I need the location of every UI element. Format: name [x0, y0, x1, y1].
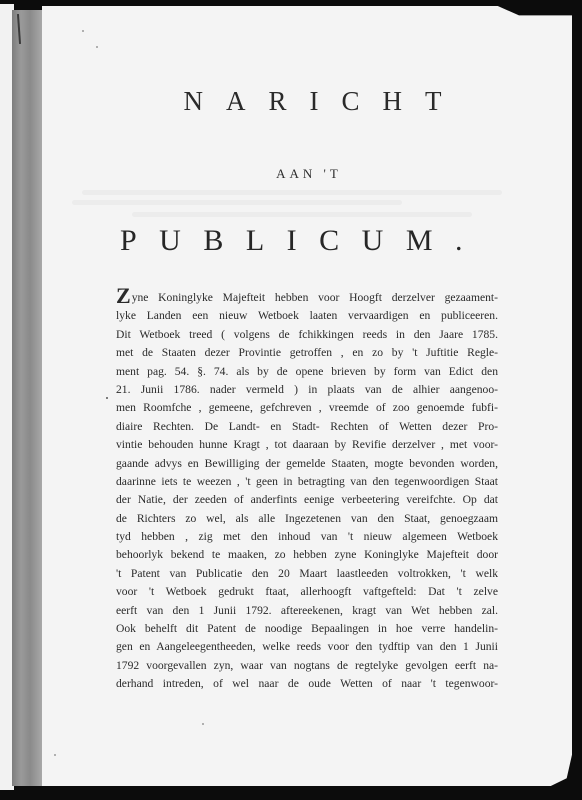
text-line: Zyne Koninglyke Majefteit hebben voor Ho…: [116, 289, 498, 307]
text-line: behoorlyk bekend te maaken, zo hebben zy…: [116, 546, 498, 564]
text-line: tyd hebben , zig met den inhoud van 't n…: [116, 528, 498, 546]
show-through-mark: [82, 190, 502, 195]
text-line-content: yne Koninglyke Majefteit hebben voor Hoo…: [132, 291, 498, 304]
title-aan-t: AAN 'T: [42, 166, 572, 182]
paper-speck: [54, 754, 56, 756]
text-line: 21. Junii 1786. nader vermeld ) in plaat…: [116, 381, 498, 399]
show-through-mark: [72, 200, 402, 205]
scanned-page-view: NARICHT AAN 'T PUBLICUM. Zyne Koninglyke…: [0, 0, 582, 800]
text-line: derhand intreden, of wel naar de oude We…: [116, 675, 498, 693]
text-line: voor 't Wetboek gedrukt ftaat, allerhoog…: [116, 583, 498, 601]
page-content: NARICHT AAN 'T PUBLICUM. Zyne Koninglyke…: [42, 6, 572, 786]
text-line: diaire Rechten. De Landt- en Stadt- Rech…: [116, 418, 498, 436]
title-publicum: PUBLICUM.: [120, 224, 500, 258]
text-line: daarinne iets te weezen , 't geen in bet…: [116, 473, 498, 491]
text-line: 1792 voorgevallen zyn, waar van nogtans …: [116, 657, 498, 675]
text-line: gen en Aangeleegentheeden, welke reeds v…: [116, 638, 498, 656]
paper-speck: [202, 723, 204, 725]
text-line: men Roomfche , gemeene, gefchreven , vre…: [116, 399, 498, 417]
text-line: der Natie, der zeeden of anderfints eeni…: [116, 491, 498, 509]
text-line: eerft van den 1 Junii 1792. aftereekenen…: [116, 602, 498, 620]
body-paragraph: Zyne Koninglyke Majefteit hebben voor Ho…: [116, 289, 498, 694]
margin-mark: [106, 397, 108, 399]
show-through-mark: [132, 212, 472, 217]
text-line: de Richters zo wel, als alle Ingezetenen…: [116, 510, 498, 528]
document-page: NARICHT AAN 'T PUBLICUM. Zyne Koninglyke…: [42, 6, 572, 786]
title-naricht: NARICHT: [42, 86, 572, 117]
drop-initial: Z: [116, 283, 131, 308]
text-line: vintie behouden hunne Kragt , tot daaraa…: [116, 436, 498, 454]
text-line: lyke Landen een nieuw Wetboek laaten ver…: [116, 307, 498, 325]
text-line: ment pag. 54. §. 74. als by de opene bri…: [116, 363, 498, 381]
text-line: 't Patent van Publicatie den 20 Maart la…: [116, 565, 498, 583]
paper-speck: [96, 46, 98, 48]
text-line: Dit Wetboek treed ( volgens de fchikking…: [116, 326, 498, 344]
book-binding-gutter: [12, 10, 42, 786]
text-line: gaande advys en Bewilliging der gemelde …: [116, 455, 498, 473]
text-line: Ook behelft dit Patent de noodige Bepaal…: [116, 620, 498, 638]
text-line: met de Staaten dezer Provintie getroffen…: [116, 344, 498, 362]
paper-speck: [82, 30, 84, 32]
